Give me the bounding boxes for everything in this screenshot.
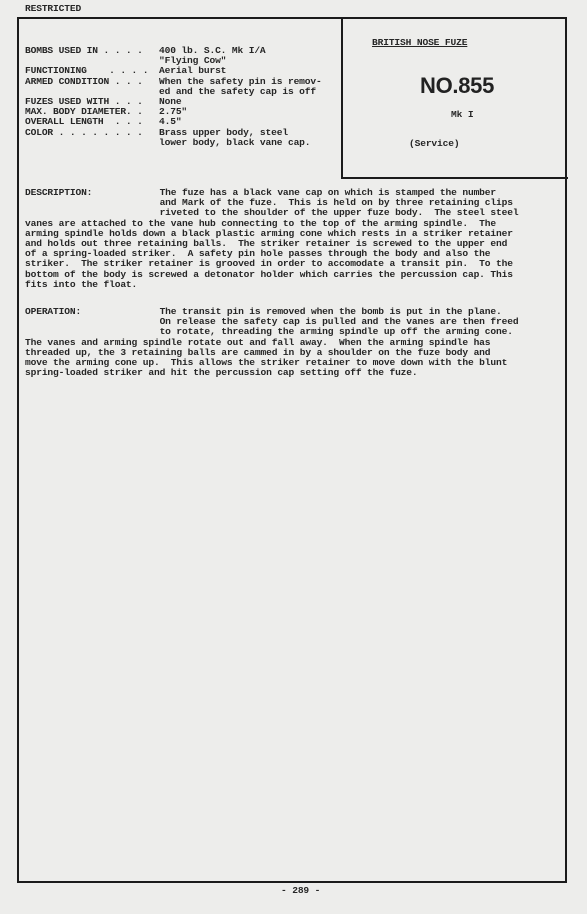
- spec-row-bombs-used-in: BOMBS USED IN . . . . 400 lb. S.C. Mk I/…: [25, 46, 322, 66]
- spec-row-armed-condition: ARMED CONDITION . . . When the safety pi…: [25, 77, 322, 97]
- description-label: DESCRIPTION:: [25, 188, 92, 198]
- spec-label: ARMED CONDITION . . .: [25, 77, 159, 97]
- operation-text: The transit pin is removed when the bomb…: [25, 307, 560, 378]
- spec-value: 400 lb. S.C. Mk I/A "Flying Cow": [159, 46, 266, 66]
- specifications-table: BOMBS USED IN . . . . 400 lb. S.C. Mk I/…: [25, 46, 322, 148]
- operation-section: OPERATION: The transit pin is removed wh…: [25, 307, 560, 378]
- description-text: The fuze has a black vane cap on which i…: [25, 188, 560, 290]
- page-number: - 289 -: [281, 886, 320, 896]
- spec-value: Brass upper body, steel lower body, blac…: [159, 128, 310, 148]
- spec-label: COLOR . . . . . . . .: [25, 128, 159, 148]
- description-section: DESCRIPTION: The fuze has a black vane c…: [25, 188, 560, 290]
- classification-marking: RESTRICTED: [25, 4, 81, 14]
- spec-label: BOMBS USED IN . . . .: [25, 46, 159, 66]
- fuze-status: (Service): [409, 139, 459, 149]
- spec-row-color: COLOR . . . . . . . . Brass upper body, …: [25, 128, 322, 148]
- fuze-type-heading: BRITISH NOSE FUZE: [372, 38, 467, 48]
- fuze-number-title: NO.855: [420, 73, 494, 99]
- spec-value: When the safety pin is remov- ed and the…: [159, 77, 322, 97]
- operation-label: OPERATION:: [25, 307, 81, 317]
- fuze-mark: Mk I: [451, 110, 473, 120]
